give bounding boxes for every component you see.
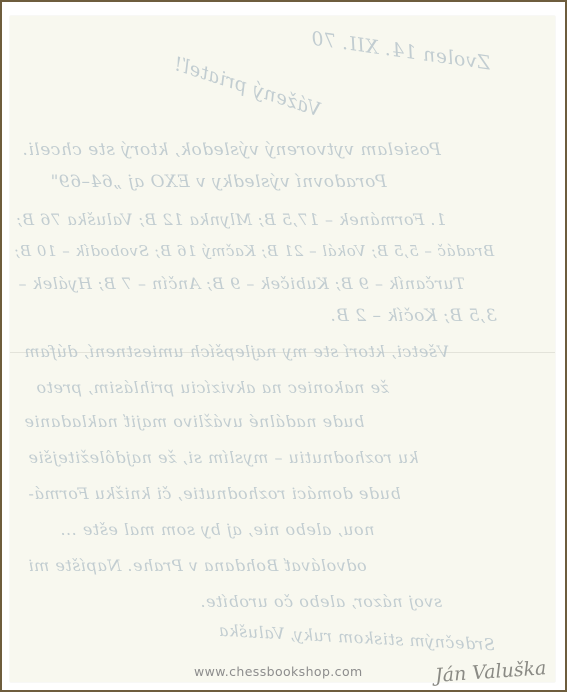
text-line: Turčaník – 9 B; Kubiček – 9 B; Ančín – 7… (18, 274, 465, 293)
text-line: Posielam vytvorený výsledok, ktorý ste c… (22, 140, 441, 160)
letter-paper: Zvolen 14. XII. 70 Vážený priateľ! Posie… (10, 16, 555, 682)
text-line: bude nadálné uvážlivo majiť nakladanie (24, 412, 364, 431)
text-line: ku rozhodnutiu – myslím si, že najdôleži… (28, 448, 418, 467)
text-line: Bradáč – 5,5 B; Vokál – 21 B; Kačmý 16 B… (14, 242, 494, 260)
text-line: Všetci, ktorí ste my najlepších umiestne… (24, 342, 449, 361)
image-frame: Zvolen 14. XII. 70 Vážený priateľ! Posie… (0, 0, 567, 692)
text-line: odvolávať Bohdana v Prahe. Napíšte mi (28, 556, 367, 575)
date-line: Zvolen 14. XII. 70 (309, 28, 491, 75)
text-line: Poradovní výsledky v EXO aj „64–69" (50, 172, 387, 192)
signature: Ján Valuška (434, 657, 547, 687)
text-line: nou, alebo nie, aj by som mal ešte ... (60, 520, 374, 539)
text-line: bude domáci rozhodnutie, či knižku Formá… (28, 484, 401, 503)
text-line: svoj názor, alebo čo urobíte. (200, 592, 442, 611)
closing-line: Srdečným stiskom ruky, Valuška (218, 621, 495, 654)
text-line: že nakoniec na akvizíciu prihlásim, pret… (36, 378, 389, 397)
text-line: 3,5 B; Kočík – 2 B. (330, 306, 497, 326)
watermark: www.chessbookshop.com (194, 664, 363, 679)
text-line: 1. Formánek – 17,5 B; Mlynka 12 B; Valuš… (16, 210, 446, 229)
salutation-line: Vážený priateľ! (170, 53, 323, 121)
